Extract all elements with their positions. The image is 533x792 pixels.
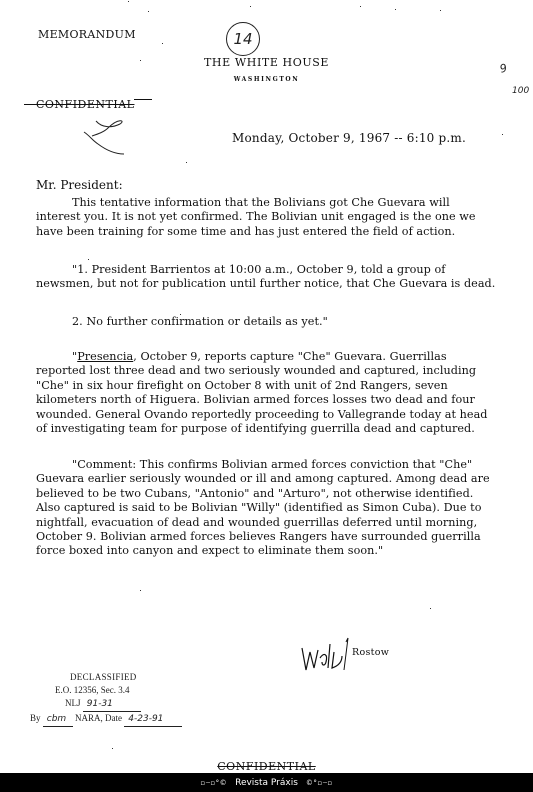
by-value: cbm <box>43 713 73 727</box>
memo-page: MEMORANDUM 14 THE WHITE HOUSE WASHINGTON… <box>0 0 533 772</box>
footer-decoration-right: ©°▫┈▫ <box>306 779 333 787</box>
signer-name: Rostow <box>352 647 389 658</box>
declass-eo-line: E.O. 12356, Sec. 3.4 <box>30 684 230 697</box>
handwritten-page-mark-2: 100 <box>512 86 529 96</box>
paragraph-intro: This tentative information that the Boli… <box>36 196 496 239</box>
footer-bar: ▫┈▫°© Revista Práxis ©°▫┈▫ <box>0 773 533 792</box>
source-name: Presencia <box>77 350 133 363</box>
nlj-label: NLJ <box>65 698 81 708</box>
declass-date-value: 4-23-91 <box>124 713 182 727</box>
salutation: Mr. President: <box>36 178 123 192</box>
letterhead-location: WASHINGTON <box>0 76 533 83</box>
classification-stamp-bottom: CONFIDENTIAL <box>0 760 533 773</box>
paragraph-presencia-report: "Presencia, October 9, reports capture "… <box>36 350 496 436</box>
letterhead-title: THE WHITE HOUSE <box>0 56 533 69</box>
declass-by-row: By cbm NARA, Date 4-23-91 <box>30 712 230 727</box>
classification-stamp-top: CONFIDENTIAL <box>36 98 134 111</box>
paragraph-comment: "Comment: This confirms Bolivian armed f… <box>36 458 496 559</box>
footer-decoration-left: ▫┈▫°© <box>200 779 227 787</box>
paragraph-item-1: "1. President Barrientos at 10:00 a.m., … <box>36 263 496 292</box>
declassification-stamp: DECLASSIFIED E.O. 12356, Sec. 3.4 NLJ 91… <box>30 671 230 727</box>
classification-bottom-text: CONFIDENTIAL <box>217 760 315 773</box>
nara-date-label: NARA, Date <box>75 713 122 723</box>
by-label: By <box>30 713 41 723</box>
nlj-value: 91-31 <box>83 698 141 712</box>
signature-icon <box>298 636 358 676</box>
declass-nlj-row: NLJ 91-31 <box>30 697 230 712</box>
declass-title: DECLASSIFIED <box>30 671 230 684</box>
paragraph-item-2: 2. No further confirmation or details as… <box>72 315 492 329</box>
memo-label: MEMORANDUM <box>38 28 136 41</box>
footer-source-credit: Revista Práxis <box>235 778 298 788</box>
handwritten-document-number: 14 <box>226 22 260 56</box>
date-line: Monday, October 9, 1967 -- 6:10 p.m. <box>232 131 466 145</box>
handwritten-initials-icon <box>78 118 138 160</box>
